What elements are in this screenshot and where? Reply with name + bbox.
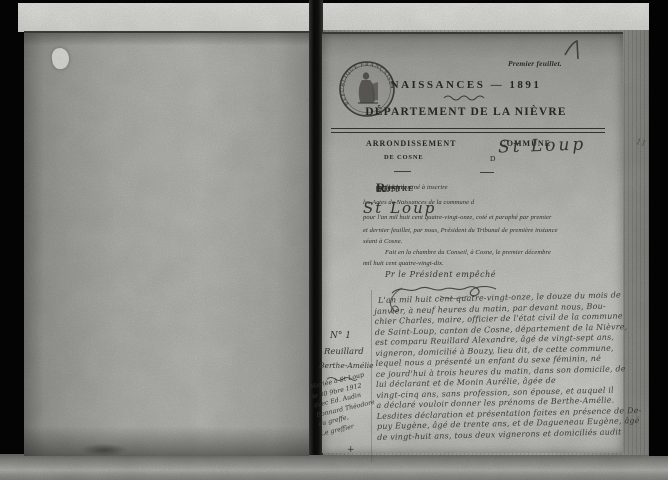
commune-prefix: D [490, 154, 495, 163]
act-number: N° 1 [330, 331, 351, 341]
department-title: DÉPARTEMENT DE LA NIÈVRE [322, 106, 610, 118]
registre-line-7: mil huit cent quatre-vingt-dix. [363, 260, 444, 267]
page-edge-mark: 11 [635, 137, 647, 148]
registre-line-5: séant à Cosne. [363, 238, 403, 245]
arrondissement-label: ARRONDISSEMENT [366, 139, 456, 148]
margin-pen-mark: + [347, 445, 355, 455]
birth-act-text: L'an mil huit cent quatre-vingt-onze, le… [374, 290, 629, 443]
archival-scan: Premier feuillet. 1 RÉPUBLIQUE FRANÇAISE… [0, 0, 668, 480]
folio-number-mark: 1 [562, 38, 582, 62]
paste-label [50, 47, 70, 70]
sheet-label: Premier feuillet. [508, 59, 598, 68]
register-type-title: NAISSANCES — 1891 [322, 79, 610, 91]
registre-line-4: et dernier feuillet, par nous, Président… [363, 227, 558, 234]
registre-line-6: Fait en la chambre du Conseil, à Cosne, … [385, 249, 551, 256]
child-givenname: Berthe-Amélie [319, 361, 374, 370]
double-rule [331, 128, 605, 133]
registre-line-3: pour l'an mil huit cent quatre-vingt-onz… [363, 214, 552, 221]
child-surname: Reuillard [324, 347, 364, 357]
scanner-light-band-bottom [0, 454, 668, 480]
short-dash-rule [394, 171, 411, 172]
right-register-page: Premier feuillet. 1 RÉPUBLIQUE FRANÇAISE… [322, 32, 623, 453]
background-right-strip [649, 0, 668, 456]
printed-text: feuillets, destiné à inscrire [376, 184, 448, 191]
arrondissement-value: DE COSNE [384, 154, 423, 161]
left-blank-page [24, 31, 309, 456]
short-dash-rule [480, 172, 494, 173]
commune-name-handwritten: St Loup [498, 134, 587, 157]
delegation-note-handwritten: Pr le Président empêché [385, 270, 496, 279]
ornament-squiggle-rule [443, 94, 489, 102]
scanner-light-band-top [18, 3, 649, 32]
